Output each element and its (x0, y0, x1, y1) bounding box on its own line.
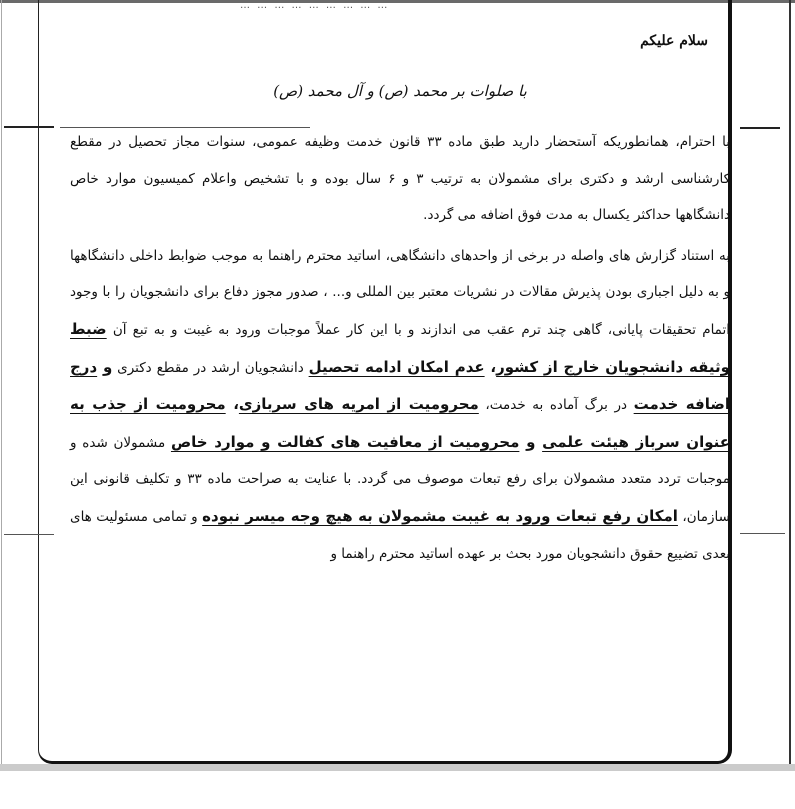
paragraph-1-text: با احترام، همانطوریکه آستحضار دارید طبق … (70, 134, 730, 223)
paragraph-2-text: دانشجویان ارشد در مقطع دکتری (112, 360, 308, 376)
left-page-edge (1, 0, 2, 764)
fold-mark-right-top (740, 127, 780, 129)
greeting: سلام علیکم (640, 33, 708, 49)
highlight-impossible-removal: امکان رفع تبعات ورود به غیبت مشمولان به … (202, 507, 678, 525)
paragraph-1: با احترام، همانطوریکه آستحضار دارید طبق … (70, 124, 730, 234)
scanned-letter-page: … … … … … … … … … سلام علیکم با صلوات بر… (0, 0, 795, 764)
conjunction: و (97, 358, 112, 376)
highlight-no-military-assignment: محرومیت از امریه های سربازی (239, 395, 479, 413)
fold-mark-left-mid (4, 534, 54, 535)
right-page-edge (789, 0, 791, 764)
viewer-bottom-bar (0, 764, 795, 771)
separator: ، (226, 395, 239, 413)
paragraph-2-text: در برگ آماده به خدمت، (479, 397, 634, 413)
paragraph-2-text: به استناد گزارش های واصله در برخی از واح… (70, 248, 730, 338)
fold-mark-right-mid (740, 533, 785, 534)
highlight-no-exemptions: محرومیت از معافیت های کفالت و موارد خاص (171, 433, 519, 451)
salutation-line: با صلوات بر محمد (ص) و آل محمد (ص) (200, 82, 600, 100)
empty-area-below-page (0, 771, 795, 809)
fold-mark-left-top (4, 126, 54, 128)
paragraph-2: به استناد گزارش های واصله در برخی از واح… (70, 238, 730, 572)
separator: ، (485, 358, 497, 376)
letter-body: با احترام، همانطوریکه آستحضار دارید طبق … (70, 124, 730, 572)
highlight-no-continue-education: عدم امکان ادامه تحصیل (309, 358, 485, 376)
conjunction: و (519, 433, 542, 451)
